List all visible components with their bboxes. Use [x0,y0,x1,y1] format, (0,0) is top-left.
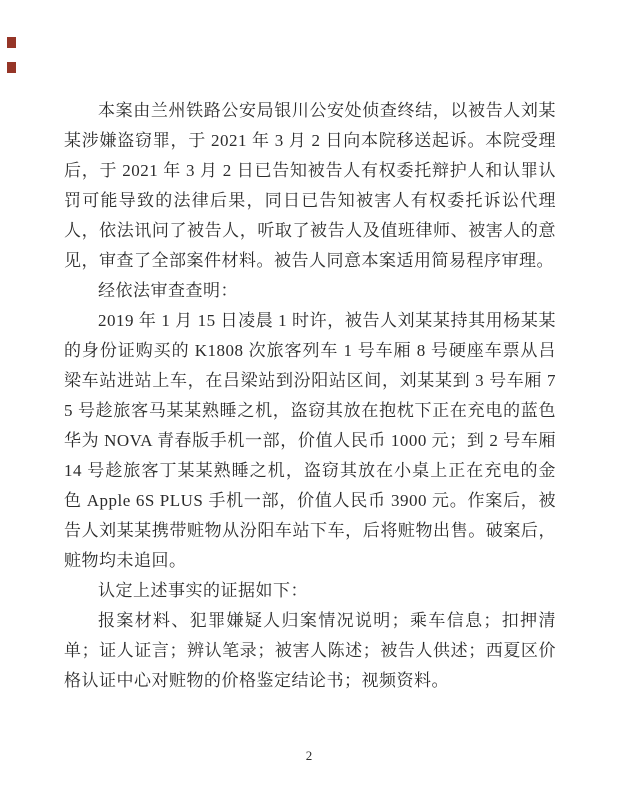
document-page: 本案由兰州铁路公安局银川公安处侦查终结，以被告人刘某某涉嫌盗窃罪，于 2021 … [0,0,618,800]
red-seal-mark-bottom [7,62,16,73]
page-number: 2 [0,748,618,764]
paragraph-procedure: 本案由兰州铁路公安局银川公安处侦查终结，以被告人刘某某涉嫌盗窃罪，于 2021 … [64,96,556,276]
paragraph-evidence-list: 报案材料、犯罪嫌疑人归案情况说明；乘车信息；扣押清单；证人证言；辨认笔录；被害人… [64,606,556,696]
red-seal-mark-top [7,37,16,48]
paragraph-evidence-heading: 认定上述事实的证据如下： [64,576,556,606]
paragraph-findings-heading: 经依法审查查明： [64,276,556,306]
document-body: 本案由兰州铁路公安局银川公安处侦查终结，以被告人刘某某涉嫌盗窃罪，于 2021 … [64,96,556,696]
paragraph-facts: 2019 年 1 月 15 日凌晨 1 时许，被告人刘某某持其用杨某某的身份证购… [64,306,556,576]
